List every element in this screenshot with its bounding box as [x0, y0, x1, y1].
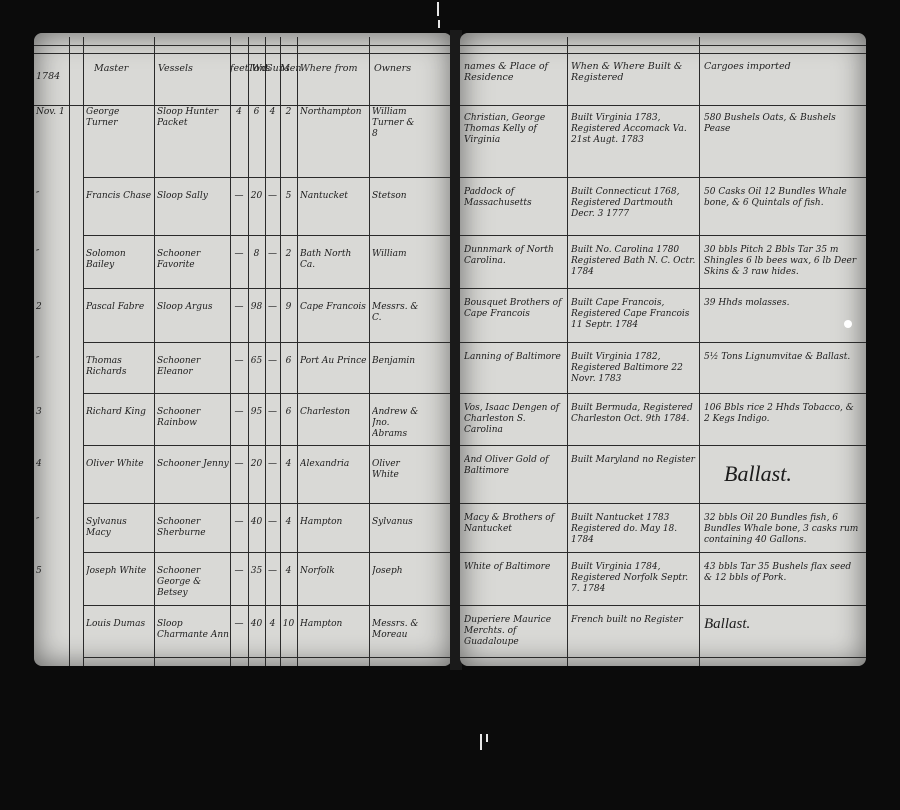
row-vessel: Sloop Sally [157, 191, 229, 202]
header-rule-top-2 [34, 53, 452, 54]
film-mark-bottom [480, 734, 482, 750]
row-rule [460, 393, 866, 394]
row-vessel: Schooner Sherburne [157, 517, 229, 539]
row-guns: — [266, 566, 279, 577]
row-feet: — [232, 459, 246, 470]
row-rule [83, 393, 452, 394]
header-rule-bottom [460, 105, 866, 106]
row-vessel: Schooner Rainbow [157, 407, 229, 429]
row-built: Built Bermuda, Registered Charleston Oct… [571, 403, 697, 425]
column-rule [567, 37, 568, 666]
column-header: Where from [300, 63, 370, 74]
row-vessel: Sloop Charmante Ann [157, 619, 229, 641]
row-men: 2 [281, 249, 296, 260]
row-vessel: Schooner Favorite [157, 249, 229, 271]
row-residence: Dunnmark of North Carolina. [464, 245, 564, 267]
row-owners: Oliver White [372, 459, 420, 481]
row-tons: 95 [249, 407, 264, 418]
column-rule [369, 37, 370, 666]
row-residence: Duperiere Maurice Merchts. of Guadaloupe [464, 615, 564, 648]
row-residence: Lanning of Baltimore [464, 352, 564, 363]
row-from: Cape Francois [300, 302, 368, 313]
row-rule [83, 605, 452, 606]
row-rule [83, 177, 452, 178]
row-tons: 20 [249, 191, 264, 202]
row-residence: Macy & Brothers of Nantucket [464, 513, 564, 535]
year-label: 1784 [36, 71, 70, 82]
row-owners: William [372, 249, 420, 260]
column-header: Master [94, 63, 164, 74]
row-feet: — [232, 249, 246, 260]
row-master: Thomas Richards [86, 356, 152, 378]
row-tons: 20 [249, 459, 264, 470]
row-from: Northampton [300, 107, 368, 118]
row-cargo: 30 bbls Pitch 2 Bbls Tar 35 m Shingles 6… [704, 245, 862, 278]
row-residence: Paddock of Massachusetts [464, 187, 564, 209]
column-header: Owners [374, 63, 444, 74]
row-master: Solomon Bailey [86, 249, 152, 271]
row-day: 2 [36, 302, 82, 313]
row-master: Joseph White [86, 566, 152, 577]
row-tons: 40 [249, 619, 264, 630]
row-from: Hampton [300, 517, 368, 528]
row-residence: Christian, George Thomas Kelly of Virgin… [464, 113, 564, 146]
row-feet: — [232, 302, 246, 313]
row-owners: Sylvanus [372, 517, 420, 528]
row-cargo: Ballast. [724, 461, 866, 487]
row-men: 4 [281, 517, 296, 528]
row-rule [83, 342, 452, 343]
row-built: Built Maryland no Register [571, 455, 697, 466]
column-rule [297, 37, 298, 666]
row-owners: William Turner & 8 [372, 107, 420, 140]
film-mark-top [437, 2, 439, 16]
row-vessel: Sloop Hunter Packet [157, 107, 229, 129]
row-guns: — [266, 302, 279, 313]
row-feet: — [232, 619, 246, 630]
row-from: Bath North Ca. [300, 249, 368, 271]
light-spot [844, 320, 852, 328]
row-day: ″ [36, 356, 82, 367]
row-men: 4 [281, 566, 296, 577]
row-master: George Turner [86, 107, 152, 129]
row-cargo: 39 Hhds molasses. [704, 298, 862, 309]
column-header: names & Place of Residence [464, 61, 564, 83]
row-men: 2 [281, 107, 296, 118]
row-guns: 4 [266, 619, 279, 630]
column-rule [230, 37, 231, 666]
row-from: Charleston [300, 407, 368, 418]
row-rule [83, 552, 452, 553]
row-tons: 6 [249, 107, 264, 118]
row-guns: — [266, 249, 279, 260]
row-tons: 65 [249, 356, 264, 367]
row-guns: 4 [266, 107, 279, 118]
row-vessel: Sloop Argus [157, 302, 229, 313]
row-built: Built Virginia 1783, Registered Accomack… [571, 113, 697, 146]
column-header: Vessels [158, 63, 228, 74]
row-rule [460, 445, 866, 446]
row-master: Richard King [86, 407, 152, 418]
header-rule-top-2 [460, 53, 866, 54]
row-feet: 4 [232, 107, 246, 118]
row-day: ″ [36, 191, 82, 202]
row-owners: Benjamin [372, 356, 420, 367]
row-rule [460, 177, 866, 178]
row-master: Francis Chase [86, 191, 152, 202]
row-built: Built Virginia 1782, Registered Baltimor… [571, 352, 697, 385]
row-vessel: Schooner Jenny [157, 459, 229, 470]
row-rule [460, 288, 866, 289]
row-built: Built Nantucket 1783 Registered do. May … [571, 513, 697, 546]
row-vessel: Schooner George & Betsey [157, 566, 229, 599]
row-rule [460, 342, 866, 343]
row-men: 10 [281, 619, 296, 630]
row-men: 9 [281, 302, 296, 313]
row-vessel: Schooner Eleanor [157, 356, 229, 378]
row-guns: — [266, 356, 279, 367]
column-rule [154, 37, 155, 666]
row-from: Norfolk [300, 566, 368, 577]
row-guns: — [266, 407, 279, 418]
right-ledger-grid: names & Place of ResidenceWhen & Where B… [460, 33, 866, 666]
row-rule [460, 235, 866, 236]
row-built: Built No. Carolina 1780 Registered Bath … [571, 245, 697, 278]
row-rule [460, 503, 866, 504]
row-owners: Messrs. & C. [372, 302, 420, 324]
row-guns: — [266, 459, 279, 470]
row-men: 6 [281, 356, 296, 367]
row-cargo: 43 bbls Tar 35 Bushels flax seed & 12 bb… [704, 562, 862, 584]
row-day: Nov. 1 [36, 107, 82, 118]
row-cargo: 5½ Tons Lignumvitae & Ballast. [704, 352, 862, 363]
column-header: Cargoes imported [704, 61, 864, 72]
row-cargo: 106 Bbls rice 2 Hhds Tobacco, & 2 Kegs I… [704, 403, 862, 425]
row-day: ″ [36, 249, 82, 260]
row-day: 4 [36, 459, 82, 470]
row-from: Alexandria [300, 459, 368, 470]
row-master: Pascal Fabre [86, 302, 152, 313]
header-rule-bottom [34, 105, 452, 106]
left-ledger-grid: 1784MasterVesselsfeet WdTonsGunsMenWhere… [34, 33, 452, 666]
row-cargo: 580 Bushels Oats, & Bushels Pease [704, 113, 862, 135]
row-residence: White of Baltimore [464, 562, 564, 573]
ledger-right-page: names & Place of ResidenceWhen & Where B… [460, 33, 866, 666]
row-day: 5 [36, 566, 82, 577]
row-built: Built Connecticut 1768, Registered Dartm… [571, 187, 697, 220]
row-residence: And Oliver Gold of Baltimore [464, 455, 564, 477]
row-cargo: 32 bbls Oil 20 Bundles fish, 6 Bundles W… [704, 513, 862, 546]
row-tons: 35 [249, 566, 264, 577]
row-residence: Vos, Isaac Dengen of Charleston S. Carol… [464, 403, 564, 436]
row-rule [460, 552, 866, 553]
row-men: 5 [281, 191, 296, 202]
film-mark-bottom-2 [486, 734, 488, 742]
row-day: ″ [36, 517, 82, 528]
column-rule [83, 37, 84, 666]
row-men: 6 [281, 407, 296, 418]
row-from: Nantucket [300, 191, 368, 202]
row-tons: 8 [249, 249, 264, 260]
row-feet: — [232, 517, 246, 528]
row-master: Louis Dumas [86, 619, 152, 630]
header-rule-top [34, 45, 452, 46]
ledger-left-page: 1784MasterVesselsfeet WdTonsGunsMenWhere… [34, 33, 452, 666]
row-from: Port Au Prince [300, 356, 368, 367]
row-master: Oliver White [86, 459, 152, 470]
row-feet: — [232, 566, 246, 577]
row-from: Hampton [300, 619, 368, 630]
row-guns: — [266, 517, 279, 528]
header-rule-top [460, 45, 866, 46]
row-cargo: Ballast. [704, 615, 862, 633]
row-guns: — [266, 191, 279, 202]
film-mark-top-2 [438, 20, 440, 28]
row-rule [83, 503, 452, 504]
row-owners: Joseph [372, 566, 420, 577]
row-rule [83, 445, 452, 446]
row-men: 4 [281, 459, 296, 470]
row-built: Built Virginia 1784, Registered Norfolk … [571, 562, 697, 595]
row-built: Built Cape Francois, Registered Cape Fra… [571, 298, 697, 331]
row-cargo: 50 Casks Oil 12 Bundles Whale bone, & 6 … [704, 187, 862, 209]
row-rule [83, 235, 452, 236]
row-tons: 40 [249, 517, 264, 528]
column-header: When & Where Built & Registered [571, 61, 697, 83]
row-day: 3 [36, 407, 82, 418]
row-built: French built no Register [571, 615, 697, 626]
row-feet: — [232, 191, 246, 202]
row-master: Sylvanus Macy [86, 517, 152, 539]
row-rule [460, 657, 866, 658]
row-feet: — [232, 407, 246, 418]
row-tons: 98 [249, 302, 264, 313]
row-owners: Stetson [372, 191, 420, 202]
row-feet: — [232, 356, 246, 367]
row-owners: Messrs. & Moreau [372, 619, 420, 641]
row-rule [460, 605, 866, 606]
row-residence: Bousquet Brothers of Cape Francois [464, 298, 564, 320]
row-rule [83, 657, 452, 658]
column-rule [699, 37, 700, 666]
row-owners: Andrew & Jno. Abrams [372, 407, 420, 440]
row-rule [83, 288, 452, 289]
